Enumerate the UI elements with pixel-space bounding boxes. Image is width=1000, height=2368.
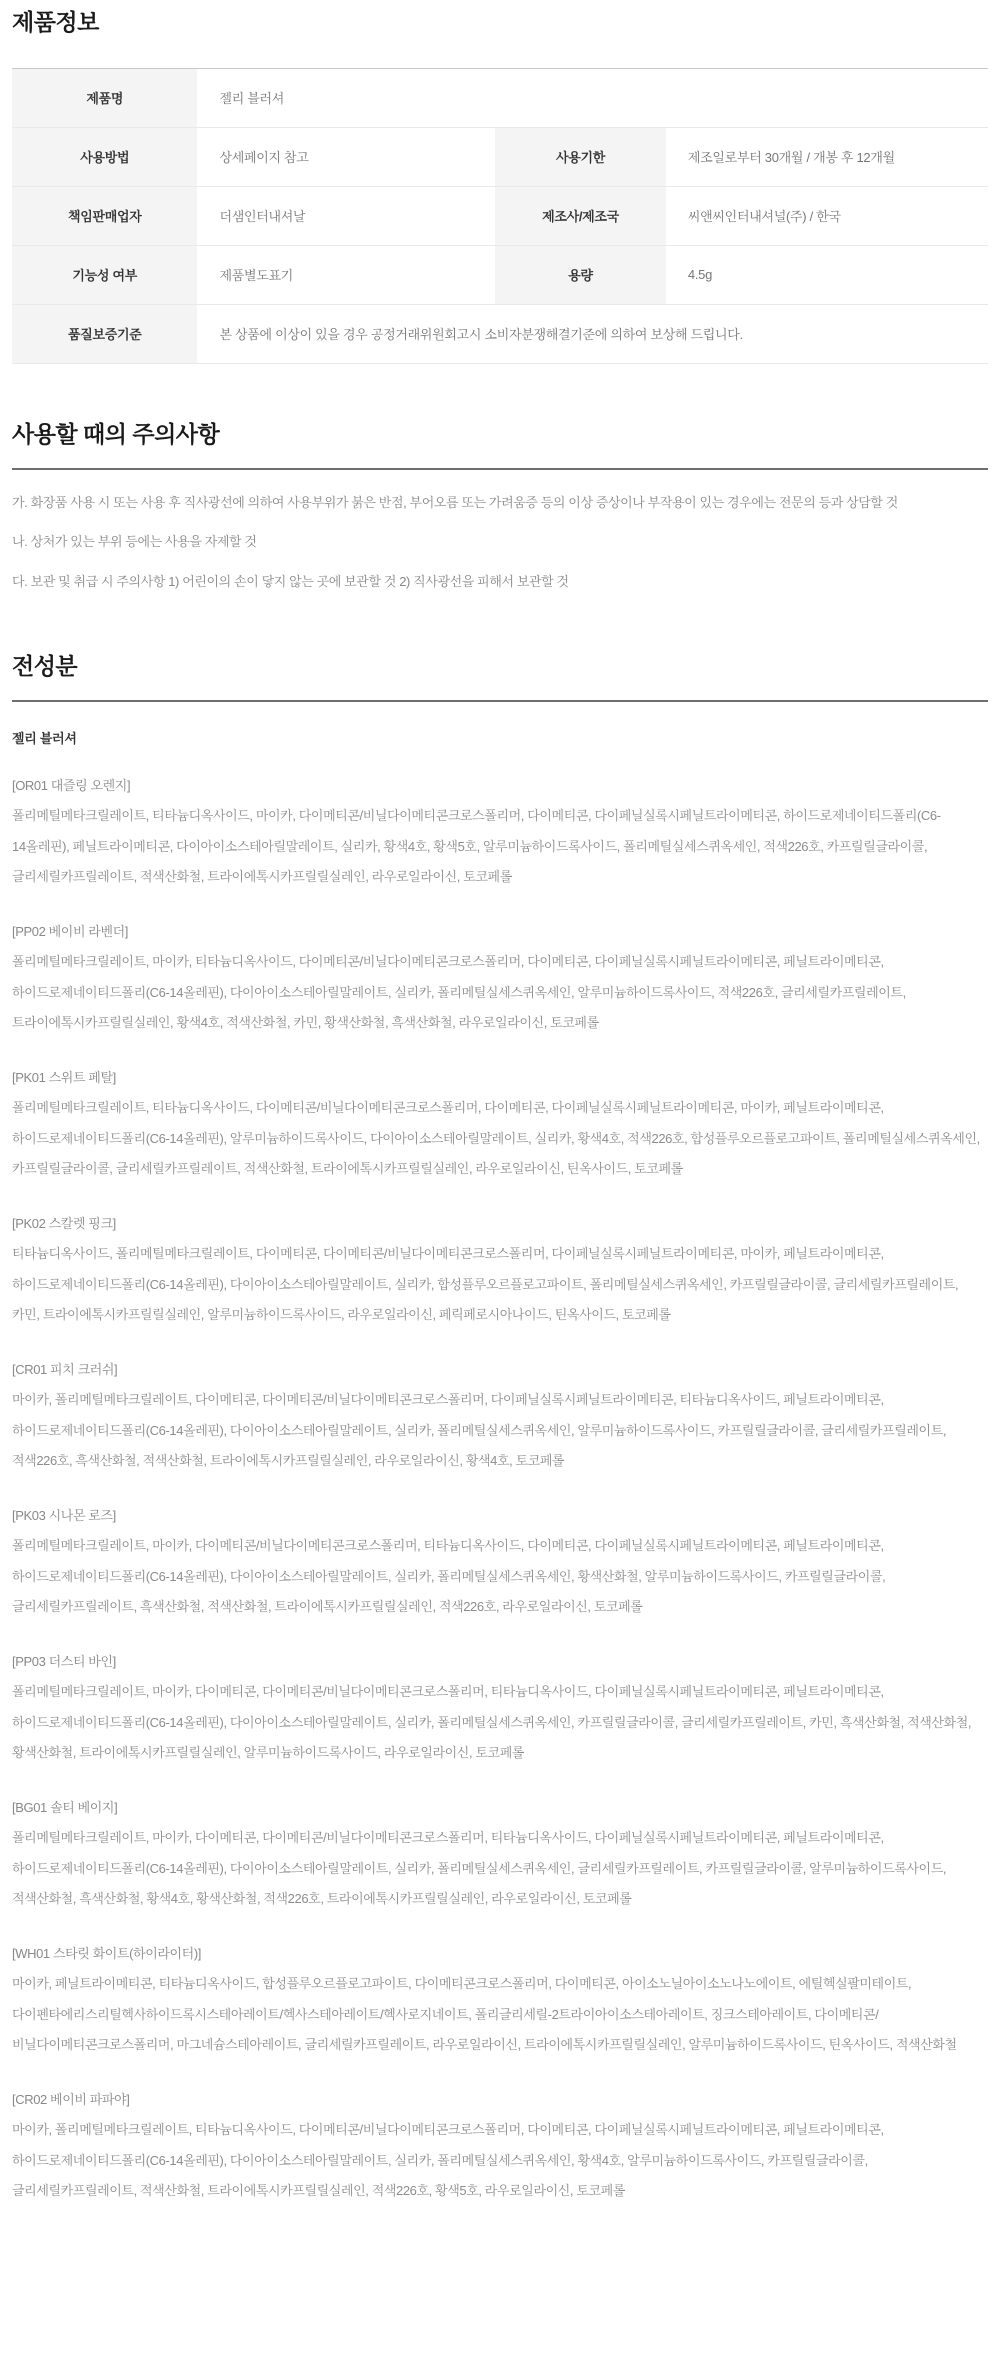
shade-ingredients: 폴리메틸메타크릴레이트, 티타늄디옥사이드, 다이메티콘/비닐다이메티콘크로스폴… xyxy=(12,1093,988,1185)
caution-section: 사용할 때의 주의사항 가. 화장품 사용 시 또는 사용 후 직사광선에 의하… xyxy=(12,420,988,596)
shade-code: [WH01 스타릿 화이트(하이라이터)] xyxy=(12,1942,988,1965)
caution-lines: 가. 화장품 사용 시 또는 사용 후 직사광선에 의하여 사용부위가 붉은 반… xyxy=(12,490,988,596)
shade-block: [BG01 솔티 베이지] 폴리메틸메타크릴레이트, 마이카, 다이메티콘, 다… xyxy=(12,1796,988,1915)
caution-line: 가. 화장품 사용 시 또는 사용 후 직사광선에 의하여 사용부위가 붉은 반… xyxy=(12,490,988,517)
ingredients-product-name: 젤리 블러셔 xyxy=(12,728,988,747)
shade-block: [PP03 더스티 바인] 폴리메틸메타크릴레이트, 마이카, 다이메티콘, 다… xyxy=(12,1650,988,1769)
product-info-table: 제품명 젤리 블러셔 사용방법 상세페이지 참고 사용기한 제조일로부터 30개… xyxy=(12,68,988,364)
shade-block: [OR01 대즐링 오렌지] 폴리메틸메타크릴레이트, 티타늄디옥사이드, 마이… xyxy=(12,774,988,893)
table-row: 기능성 여부 제품별도표기 용량 4.5g xyxy=(12,245,988,304)
shade-code: [PP03 더스티 바인] xyxy=(12,1650,988,1673)
caution-line: 나. 상처가 있는 부위 등에는 사용을 자제할 것 xyxy=(12,529,988,556)
table-label: 제조사/제조국 xyxy=(495,186,666,245)
caution-divider xyxy=(12,468,988,470)
shade-code: [PK02 스칼렛 핑크] xyxy=(12,1212,988,1235)
table-value: 씨앤씨인터내셔널(주) / 한국 xyxy=(666,186,988,245)
table-value: 더샘인터내셔날 xyxy=(197,186,495,245)
table-label: 용량 xyxy=(495,245,666,304)
shade-block: [WH01 스타릿 화이트(하이라이터)] 마이카, 페닐트라이메티콘, 티타늄… xyxy=(12,1942,988,2061)
table-value: 본 상품에 이상이 있을 경우 공정거래위원회고시 소비자분쟁해결기준에 의하여… xyxy=(197,304,988,363)
shade-ingredients: 폴리메틸메타크릴레이트, 마이카, 다이메티콘/비닐다이메티콘크로스폴리머, 티… xyxy=(12,1531,988,1623)
ingredients-section: 전성분 젤리 블러셔 [OR01 대즐링 오렌지] 폴리메틸메타크릴레이트, 티… xyxy=(12,652,988,2207)
table-row: 제품명 젤리 블러셔 xyxy=(12,68,988,127)
table-label: 제품명 xyxy=(12,68,197,127)
shade-ingredients: 마이카, 페닐트라이메티콘, 티타늄디옥사이드, 합성플루오르플로고파이트, 다… xyxy=(12,1969,988,2061)
shade-block: [PK01 스위트 페탈] 폴리메틸메타크릴레이트, 티타늄디옥사이드, 다이메… xyxy=(12,1066,988,1185)
shade-code: [CR02 베이비 파파야] xyxy=(12,2088,988,2111)
shade-ingredients: 폴리메틸메타크릴레이트, 마이카, 다이메티콘, 다이메티콘/비닐다이메티콘크로… xyxy=(12,1823,988,1915)
table-row: 품질보증기준 본 상품에 이상이 있을 경우 공정거래위원회고시 소비자분쟁해결… xyxy=(12,304,988,363)
shade-block: [PK03 시나몬 로즈] 폴리메틸메타크릴레이트, 마이카, 다이메티콘/비닐… xyxy=(12,1504,988,1623)
shade-ingredients: 폴리메틸메타크릴레이트, 티타늄디옥사이드, 마이카, 다이메티콘/비닐다이메티… xyxy=(12,801,988,893)
shade-code: [PK03 시나몬 로즈] xyxy=(12,1504,988,1527)
caution-title: 사용할 때의 주의사항 xyxy=(12,420,988,450)
shade-ingredients: 마이카, 폴리메틸메타크릴레이트, 티타늄디옥사이드, 다이메티콘/비닐다이메티… xyxy=(12,2115,988,2207)
caution-line: 다. 보관 및 취급 시 주의사항 1) 어린이의 손이 닿지 않는 곳에 보관… xyxy=(12,569,988,596)
shade-code: [CR01 피치 크러쉬] xyxy=(12,1358,988,1381)
shade-code: [OR01 대즐링 오렌지] xyxy=(12,774,988,797)
shade-code: [PP02 베이비 라벤더] xyxy=(12,920,988,943)
shade-block: [PK02 스칼렛 핑크] 티타늄디옥사이드, 폴리메틸메타크릴레이트, 다이메… xyxy=(12,1212,988,1331)
shade-ingredients: 마이카, 폴리메틸메타크릴레이트, 다이메티콘, 다이메티콘/비닐다이메티콘크로… xyxy=(12,1385,988,1477)
table-row: 책임판매업자 더샘인터내셔날 제조사/제조국 씨앤씨인터내셔널(주) / 한국 xyxy=(12,186,988,245)
table-value: 4.5g xyxy=(666,245,988,304)
table-value: 젤리 블러셔 xyxy=(197,68,988,127)
ingredients-title: 전성분 xyxy=(12,652,988,682)
shade-block: [PP02 베이비 라벤더] 폴리메틸메타크릴레이트, 마이카, 티타늄디옥사이… xyxy=(12,920,988,1039)
shade-code: [PK01 스위트 페탈] xyxy=(12,1066,988,1089)
shade-block: [CR02 베이비 파파야] 마이카, 폴리메틸메타크릴레이트, 티타늄디옥사이… xyxy=(12,2088,988,2207)
product-info-title: 제품정보 xyxy=(12,8,988,38)
table-label: 사용기한 xyxy=(495,127,666,186)
shade-code: [BG01 솔티 베이지] xyxy=(12,1796,988,1819)
shade-ingredients: 폴리메틸메타크릴레이트, 마이카, 티타늄디옥사이드, 다이메티콘/비닐다이메티… xyxy=(12,947,988,1039)
table-label: 품질보증기준 xyxy=(12,304,197,363)
table-label: 기능성 여부 xyxy=(12,245,197,304)
table-value: 제조일로부터 30개월 / 개봉 후 12개월 xyxy=(666,127,988,186)
product-detail-page: 제품정보 제품명 젤리 블러셔 사용방법 상세페이지 참고 사용기한 제조일로부… xyxy=(0,0,1000,2368)
ingredients-divider xyxy=(12,700,988,702)
shade-ingredients: 폴리메틸메타크릴레이트, 마이카, 다이메티콘, 다이메티콘/비닐다이메티콘크로… xyxy=(12,1677,988,1769)
table-row: 사용방법 상세페이지 참고 사용기한 제조일로부터 30개월 / 개봉 후 12… xyxy=(12,127,988,186)
table-label: 사용방법 xyxy=(12,127,197,186)
table-label: 책임판매업자 xyxy=(12,186,197,245)
shade-ingredients: 티타늄디옥사이드, 폴리메틸메타크릴레이트, 다이메티콘, 다이메티콘/비닐다이… xyxy=(12,1239,988,1331)
table-value: 제품별도표기 xyxy=(197,245,495,304)
table-value: 상세페이지 참고 xyxy=(197,127,495,186)
shade-block: [CR01 피치 크러쉬] 마이카, 폴리메틸메타크릴레이트, 다이메티콘, 다… xyxy=(12,1358,988,1477)
